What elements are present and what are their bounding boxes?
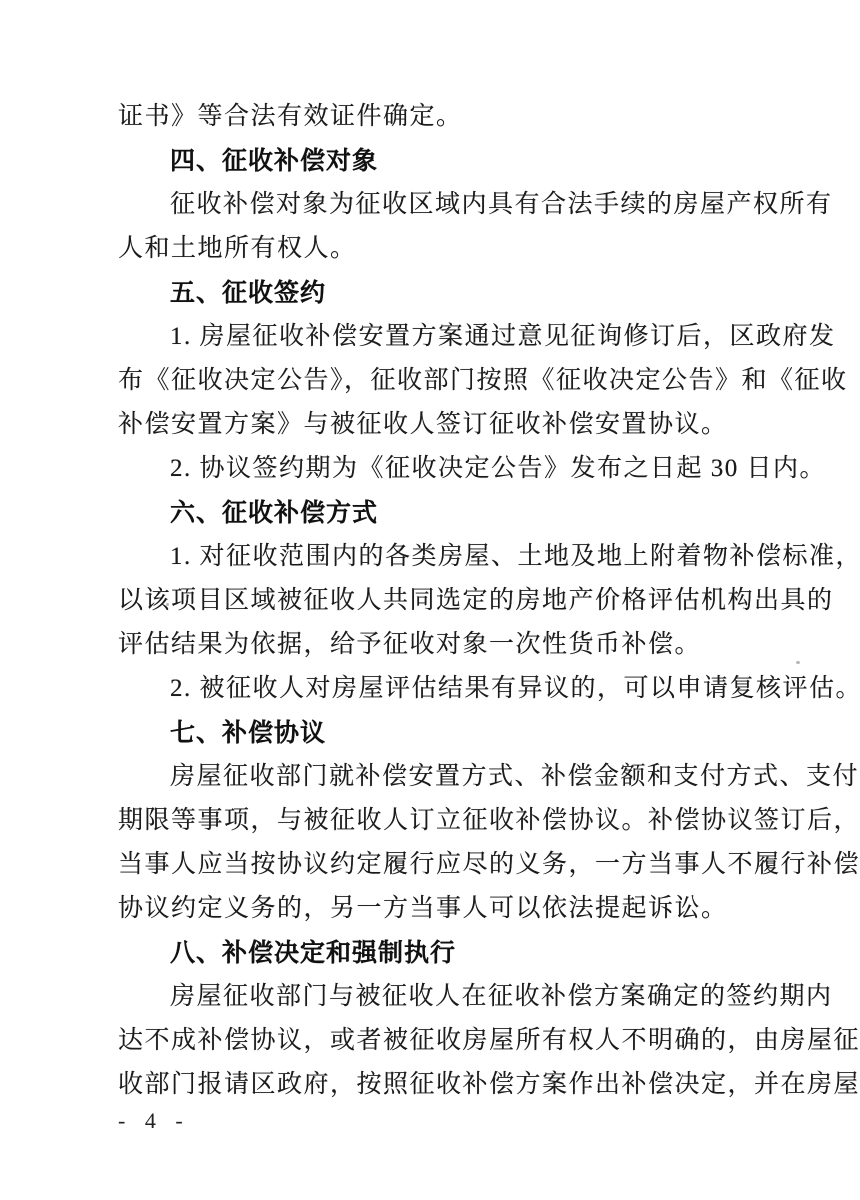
text-line: 期限等事项，与被征收人订立征收补偿协议。补偿协议签订后， xyxy=(118,799,813,843)
section-heading: 六、征收补偿方式 xyxy=(118,491,813,535)
section-heading: 五、征收签约 xyxy=(118,271,813,315)
text-line: 房屋征收部门与被征收人在征收补偿方案确定的签约期内 xyxy=(118,975,813,1019)
text-line: 评估结果为依据，给予征收对象一次性货币补偿。 xyxy=(118,623,813,667)
section-heading: 七、补偿协议 xyxy=(118,711,813,755)
document-page: 证书》等合法有效证件确定。四、征收补偿对象征收补偿对象为征收区域内具有合法手续的… xyxy=(0,0,860,1200)
text-line: 当事人应当按协议约定履行应尽的义务，一方当事人不履行补偿 xyxy=(118,843,813,887)
section-heading: 四、征收补偿对象 xyxy=(118,139,813,183)
text-line: 达不成补偿协议，或者被征收房屋所有权人不明确的，由房屋征 xyxy=(118,1019,813,1063)
text-line: 房屋征收部门就补偿安置方式、补偿金额和支付方式、支付 xyxy=(118,755,813,799)
document-body: 证书》等合法有效证件确定。四、征收补偿对象征收补偿对象为征收区域内具有合法手续的… xyxy=(118,95,813,1107)
text-line: 1. 对征收范围内的各类房屋、土地及地上附着物补偿标准， xyxy=(118,535,813,579)
text-line: 补偿安置方案》与被征收人签订征收补偿安置协议。 xyxy=(118,403,813,447)
text-line: 2. 协议签约期为《征收决定公告》发布之日起 30 日内。 xyxy=(118,447,813,491)
text-line: 人和土地所有权人。 xyxy=(118,227,813,271)
text-line: 1. 房屋征收补偿安置方案通过意见征询修订后，区政府发 xyxy=(118,315,813,359)
page-number: - 4 - xyxy=(118,1106,190,1136)
scan-speck xyxy=(166,603,169,606)
text-line: 2. 被征收人对房屋评估结果有异议的，可以申请复核评估。 xyxy=(118,667,813,711)
text-line: 协议约定义务的，另一方当事人可以依法提起诉讼。 xyxy=(118,887,813,931)
text-line: 证书》等合法有效证件确定。 xyxy=(118,95,813,139)
text-line: 以该项目区域被征收人共同选定的房地产价格评估机构出具的 xyxy=(118,579,813,623)
text-line: 收部门报请区政府，按照征收补偿方案作出补偿决定，并在房屋 xyxy=(118,1063,813,1107)
section-heading: 八、补偿决定和强制执行 xyxy=(118,931,813,975)
text-line: 征收补偿对象为征收区域内具有合法手续的房屋产权所有 xyxy=(118,183,813,227)
text-line: 布《征收决定公告》，征收部门按照《征收决定公告》和《征收 xyxy=(118,359,813,403)
scan-speck xyxy=(796,661,800,664)
